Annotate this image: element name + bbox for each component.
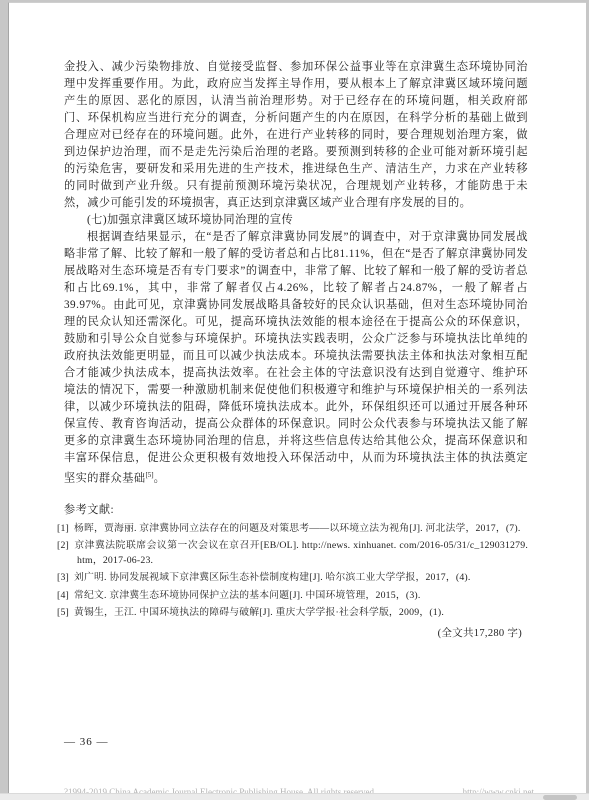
scrollbar-thumb[interactable] [543, 795, 577, 800]
paragraph-survey: 根据调查结果显示，在“是否了解京津冀协同发展”的调查中，对于京津冀协同发展战略非… [64, 229, 528, 488]
references-section: 参考文献: [1]杨晖，贾海丽. 京津冀协同立法存在的问题及对策思考——以环境立… [64, 501, 528, 640]
reference-number: [3] [57, 572, 69, 583]
section-heading: (七)加强京津冀区域环境协同治理的宣传 [64, 212, 528, 229]
sentence-end: 。 [154, 473, 166, 485]
references-list: [1]杨晖，贾海丽. 京津冀协同立法存在的问题及对策思考——以环境立法为视角[J… [57, 522, 528, 621]
text-block: 金投入、减少污染物排放、自觉接受监督、参加环保公益事业等在京津冀生态环境协同治理… [64, 59, 528, 640]
reference-item: [1]杨晖，贾海丽. 京津冀协同立法存在的问题及对策思考——以环境立法为视角[J… [57, 522, 528, 537]
reference-text: 刘广明. 协同发展视域下京津冀区际生态补偿制度构建[J]. 哈尔滨工业大学学报，… [74, 572, 471, 583]
paragraph-survey-text: 根据调查结果显示，在“是否了解京津冀协同发展”的调查中，对于京津冀协同发展战略非… [64, 231, 528, 485]
reference-text: 京津冀法院联席会议第一次会议在京召开[EB/OL]. http://news. … [74, 540, 528, 566]
reference-text: 杨晖，贾海丽. 京津冀协同立法存在的问题及对策思考——以环境立法为视角[J]. … [74, 523, 520, 534]
reference-number: [2] [57, 540, 69, 551]
references-heading: 参考文献: [64, 501, 528, 517]
paragraph-continuation-text: 金投入、减少污染物排放、自觉接受监督、参加环保公益事业等在京津冀生态环境协同治理… [64, 61, 528, 209]
reference-number: [4] [57, 590, 69, 601]
reference-item: [3]刘广明. 协同发展视域下京津冀区际生态补偿制度构建[J]. 哈尔滨工业大学… [57, 571, 528, 586]
document-page: 金投入、减少污染物排放、自觉接受监督、参加环保公益事业等在京津冀生态环境协同治理… [8, 2, 586, 793]
page-number: — 36 — [64, 736, 109, 748]
reference-item: [4]常纪文. 京津冀生态环境协同保护立法的基本问题[J]. 中国环境管理，20… [57, 589, 528, 604]
reference-text: 黄锡生，王江. 中国环境执法的障碍与破解[J]. 重庆大学学报·社会科学版，20… [74, 607, 444, 618]
footnote-marker: [5] [145, 471, 153, 479]
reference-number: [1] [57, 523, 69, 534]
word-count-note: (全文共17,280 字) [64, 625, 528, 640]
reference-number: [5] [57, 607, 69, 618]
reference-item: [5]黄锡生，王江. 中国环境执法的障碍与破解[J]. 重庆大学学报·社会科学版… [57, 606, 528, 621]
paragraph-continuation: 金投入、减少污染物排放、自觉接受监督、参加环保公益事业等在京津冀生态环境协同治理… [64, 59, 528, 212]
horizontal-scrollbar[interactable] [0, 793, 589, 800]
reference-text: 常纪文. 京津冀生态环境协同保护立法的基本问题[J]. 中国环境管理，2015，… [74, 590, 421, 601]
reference-item: [2]京津冀法院联席会议第一次会议在京召开[EB/OL]. http://new… [57, 539, 528, 568]
